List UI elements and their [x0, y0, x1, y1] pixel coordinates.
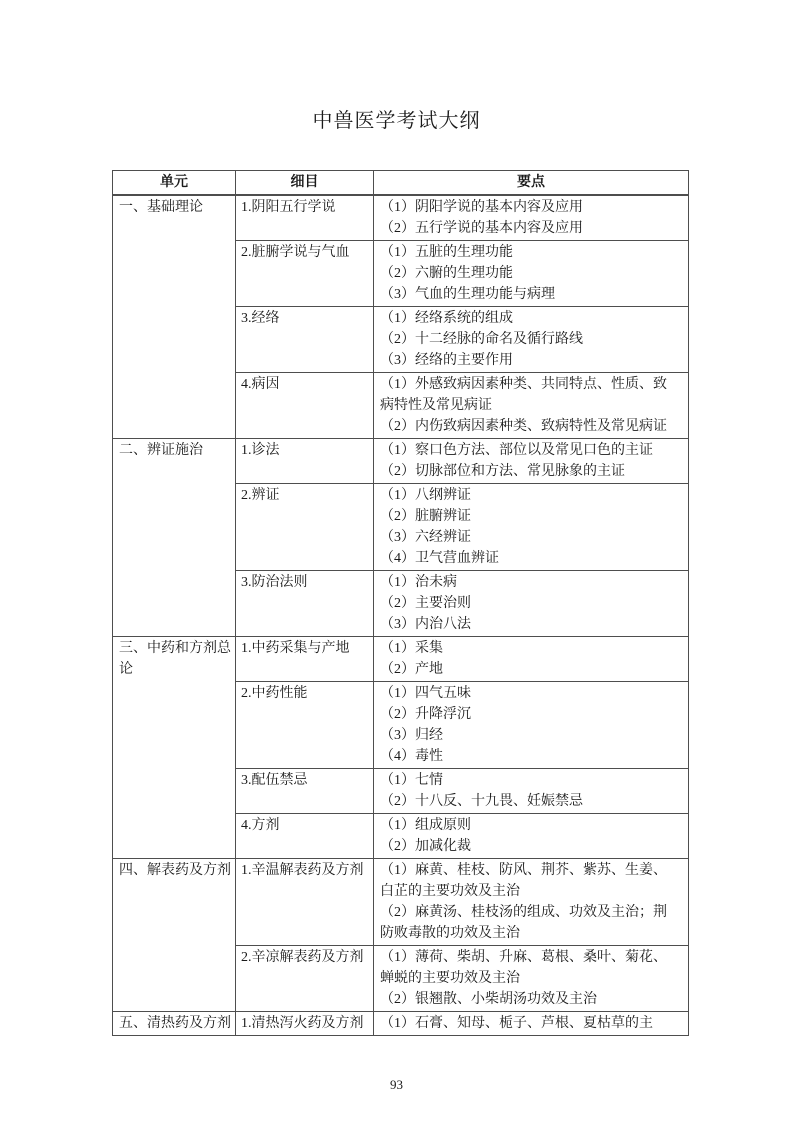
detail-cell: 2.辨证	[236, 484, 374, 571]
point-item: （1）八纲辨证	[380, 485, 678, 506]
document-page: 中兽医学考试大纲 单元 细目 要点 一、基础理论 1.阴阳五行学说 （1）阴阳学…	[0, 0, 793, 1122]
points-cell: （1）五脏的生理功能 （2）六腑的生理功能 （3）气血的生理功能与病理	[374, 241, 689, 307]
unit-cell: 三、中药和方剂总论	[113, 637, 236, 859]
points-cell: （1）采集 （2）产地	[374, 637, 689, 682]
table-row: 二、辨证施治 1.诊法 （1）察口色方法、部位以及常见口色的主证 （2）切脉部位…	[113, 439, 689, 484]
point-item: （2）麻黄汤、桂枝汤的组成、功效及主治；荆防败毒散的功效及主治	[380, 902, 678, 944]
point-item: （1）采集	[380, 638, 678, 659]
table-row: 五、清热药及方剂 1.清热泻火药及方剂 （1）石膏、知母、栀子、芦根、夏枯草的主	[113, 1012, 689, 1036]
point-item: （2）银翘散、小柴胡汤功效及主治	[380, 989, 678, 1010]
point-item: （3）归经	[380, 725, 678, 746]
point-item: （2）五行学说的基本内容及应用	[380, 218, 678, 239]
point-item: （2）升降浮沉	[380, 704, 678, 725]
points-cell: （1）阴阳学说的基本内容及应用 （2）五行学说的基本内容及应用	[374, 195, 689, 241]
unit-cell: 五、清热药及方剂	[113, 1012, 236, 1036]
detail-cell: 1.辛温解表药及方剂	[236, 859, 374, 946]
point-item: （1）经络系统的组成	[380, 308, 678, 329]
detail-cell: 2.中药性能	[236, 682, 374, 769]
point-item: （4）毒性	[380, 746, 678, 767]
unit-cell: 四、解表药及方剂	[113, 859, 236, 1012]
point-item: （2）产地	[380, 659, 678, 680]
points-cell: （1）石膏、知母、栀子、芦根、夏枯草的主	[374, 1012, 689, 1036]
detail-cell: 2.脏腑学说与气血	[236, 241, 374, 307]
point-item: （2）主要治则	[380, 593, 678, 614]
detail-cell: 3.经络	[236, 307, 374, 373]
detail-cell: 3.配伍禁忌	[236, 769, 374, 814]
table-row: 四、解表药及方剂 1.辛温解表药及方剂 （1）麻黄、桂枝、防风、荆芥、紫苏、生姜…	[113, 859, 689, 946]
detail-cell: 4.病因	[236, 373, 374, 439]
point-item: （1）察口色方法、部位以及常见口色的主证	[380, 440, 678, 461]
table-header-row: 单元 细目 要点	[113, 171, 689, 196]
page-number: 93	[0, 1077, 793, 1093]
point-item: （2）十八反、十九畏、妊娠禁忌	[380, 791, 678, 812]
point-item: （2）脏腑辨证	[380, 506, 678, 527]
point-item: （2）切脉部位和方法、常见脉象的主证	[380, 461, 678, 482]
point-item: （2）十二经脉的命名及循行路线	[380, 329, 678, 350]
point-item: （1）七情	[380, 770, 678, 791]
detail-cell: 1.诊法	[236, 439, 374, 484]
table-row: 一、基础理论 1.阴阳五行学说 （1）阴阳学说的基本内容及应用 （2）五行学说的…	[113, 195, 689, 241]
point-item: （2）加减化裁	[380, 836, 678, 857]
table-row: 三、中药和方剂总论 1.中药采集与产地 （1）采集 （2）产地	[113, 637, 689, 682]
points-cell: （1）四气五味 （2）升降浮沉 （3）归经 （4）毒性	[374, 682, 689, 769]
column-header-points: 要点	[374, 171, 689, 196]
point-item: （1）五脏的生理功能	[380, 242, 678, 263]
column-header-unit: 单元	[113, 171, 236, 196]
point-item: （1）治未病	[380, 572, 678, 593]
detail-cell: 2.辛凉解表药及方剂	[236, 946, 374, 1012]
point-item: （3）内治八法	[380, 614, 678, 635]
point-item: （1）石膏、知母、栀子、芦根、夏枯草的主	[380, 1013, 678, 1034]
point-item: （3）六经辨证	[380, 527, 678, 548]
point-item: （1）阴阳学说的基本内容及应用	[380, 197, 678, 218]
point-item: （2）六腑的生理功能	[380, 263, 678, 284]
detail-cell: 4.方剂	[236, 814, 374, 859]
column-header-detail: 细目	[236, 171, 374, 196]
unit-cell: 二、辨证施治	[113, 439, 236, 637]
points-cell: （1）外感致病因素种类、共同特点、性质、致病特性及常见病证 （2）内伤致病因素种…	[374, 373, 689, 439]
points-cell: （1）组成原则 （2）加减化裁	[374, 814, 689, 859]
points-cell: （1）七情 （2）十八反、十九畏、妊娠禁忌	[374, 769, 689, 814]
points-cell: （1）治未病 （2）主要治则 （3）内治八法	[374, 571, 689, 637]
point-item: （1）四气五味	[380, 683, 678, 704]
point-item: （3）经络的主要作用	[380, 350, 678, 371]
point-item: （4）卫气营血辨证	[380, 548, 678, 569]
point-item: （1）外感致病因素种类、共同特点、性质、致病特性及常见病证	[380, 374, 678, 416]
detail-cell: 3.防治法则	[236, 571, 374, 637]
unit-cell: 一、基础理论	[113, 195, 236, 439]
point-item: （2）内伤致病因素种类、致病特性及常见病证	[380, 416, 678, 437]
points-cell: （1）八纲辨证 （2）脏腑辨证 （3）六经辨证 （4）卫气营血辨证	[374, 484, 689, 571]
points-cell: （1）经络系统的组成 （2）十二经脉的命名及循行路线 （3）经络的主要作用	[374, 307, 689, 373]
syllabus-table: 单元 细目 要点 一、基础理论 1.阴阳五行学说 （1）阴阳学说的基本内容及应用…	[112, 170, 689, 1036]
points-cell: （1）薄荷、柴胡、升麻、葛根、桑叶、菊花、蝉蜕的主要功效及主治 （2）银翘散、小…	[374, 946, 689, 1012]
point-item: （1）薄荷、柴胡、升麻、葛根、桑叶、菊花、蝉蜕的主要功效及主治	[380, 947, 678, 989]
point-item: （3）气血的生理功能与病理	[380, 284, 678, 305]
points-cell: （1）麻黄、桂枝、防风、荆芥、紫苏、生姜、白芷的主要功效及主治 （2）麻黄汤、桂…	[374, 859, 689, 946]
point-item: （1）组成原则	[380, 815, 678, 836]
page-title: 中兽医学考试大纲	[0, 104, 793, 133]
point-item: （1）麻黄、桂枝、防风、荆芥、紫苏、生姜、白芷的主要功效及主治	[380, 860, 678, 902]
points-cell: （1）察口色方法、部位以及常见口色的主证 （2）切脉部位和方法、常见脉象的主证	[374, 439, 689, 484]
detail-cell: 1.中药采集与产地	[236, 637, 374, 682]
detail-cell: 1.阴阳五行学说	[236, 195, 374, 241]
detail-cell: 1.清热泻火药及方剂	[236, 1012, 374, 1036]
